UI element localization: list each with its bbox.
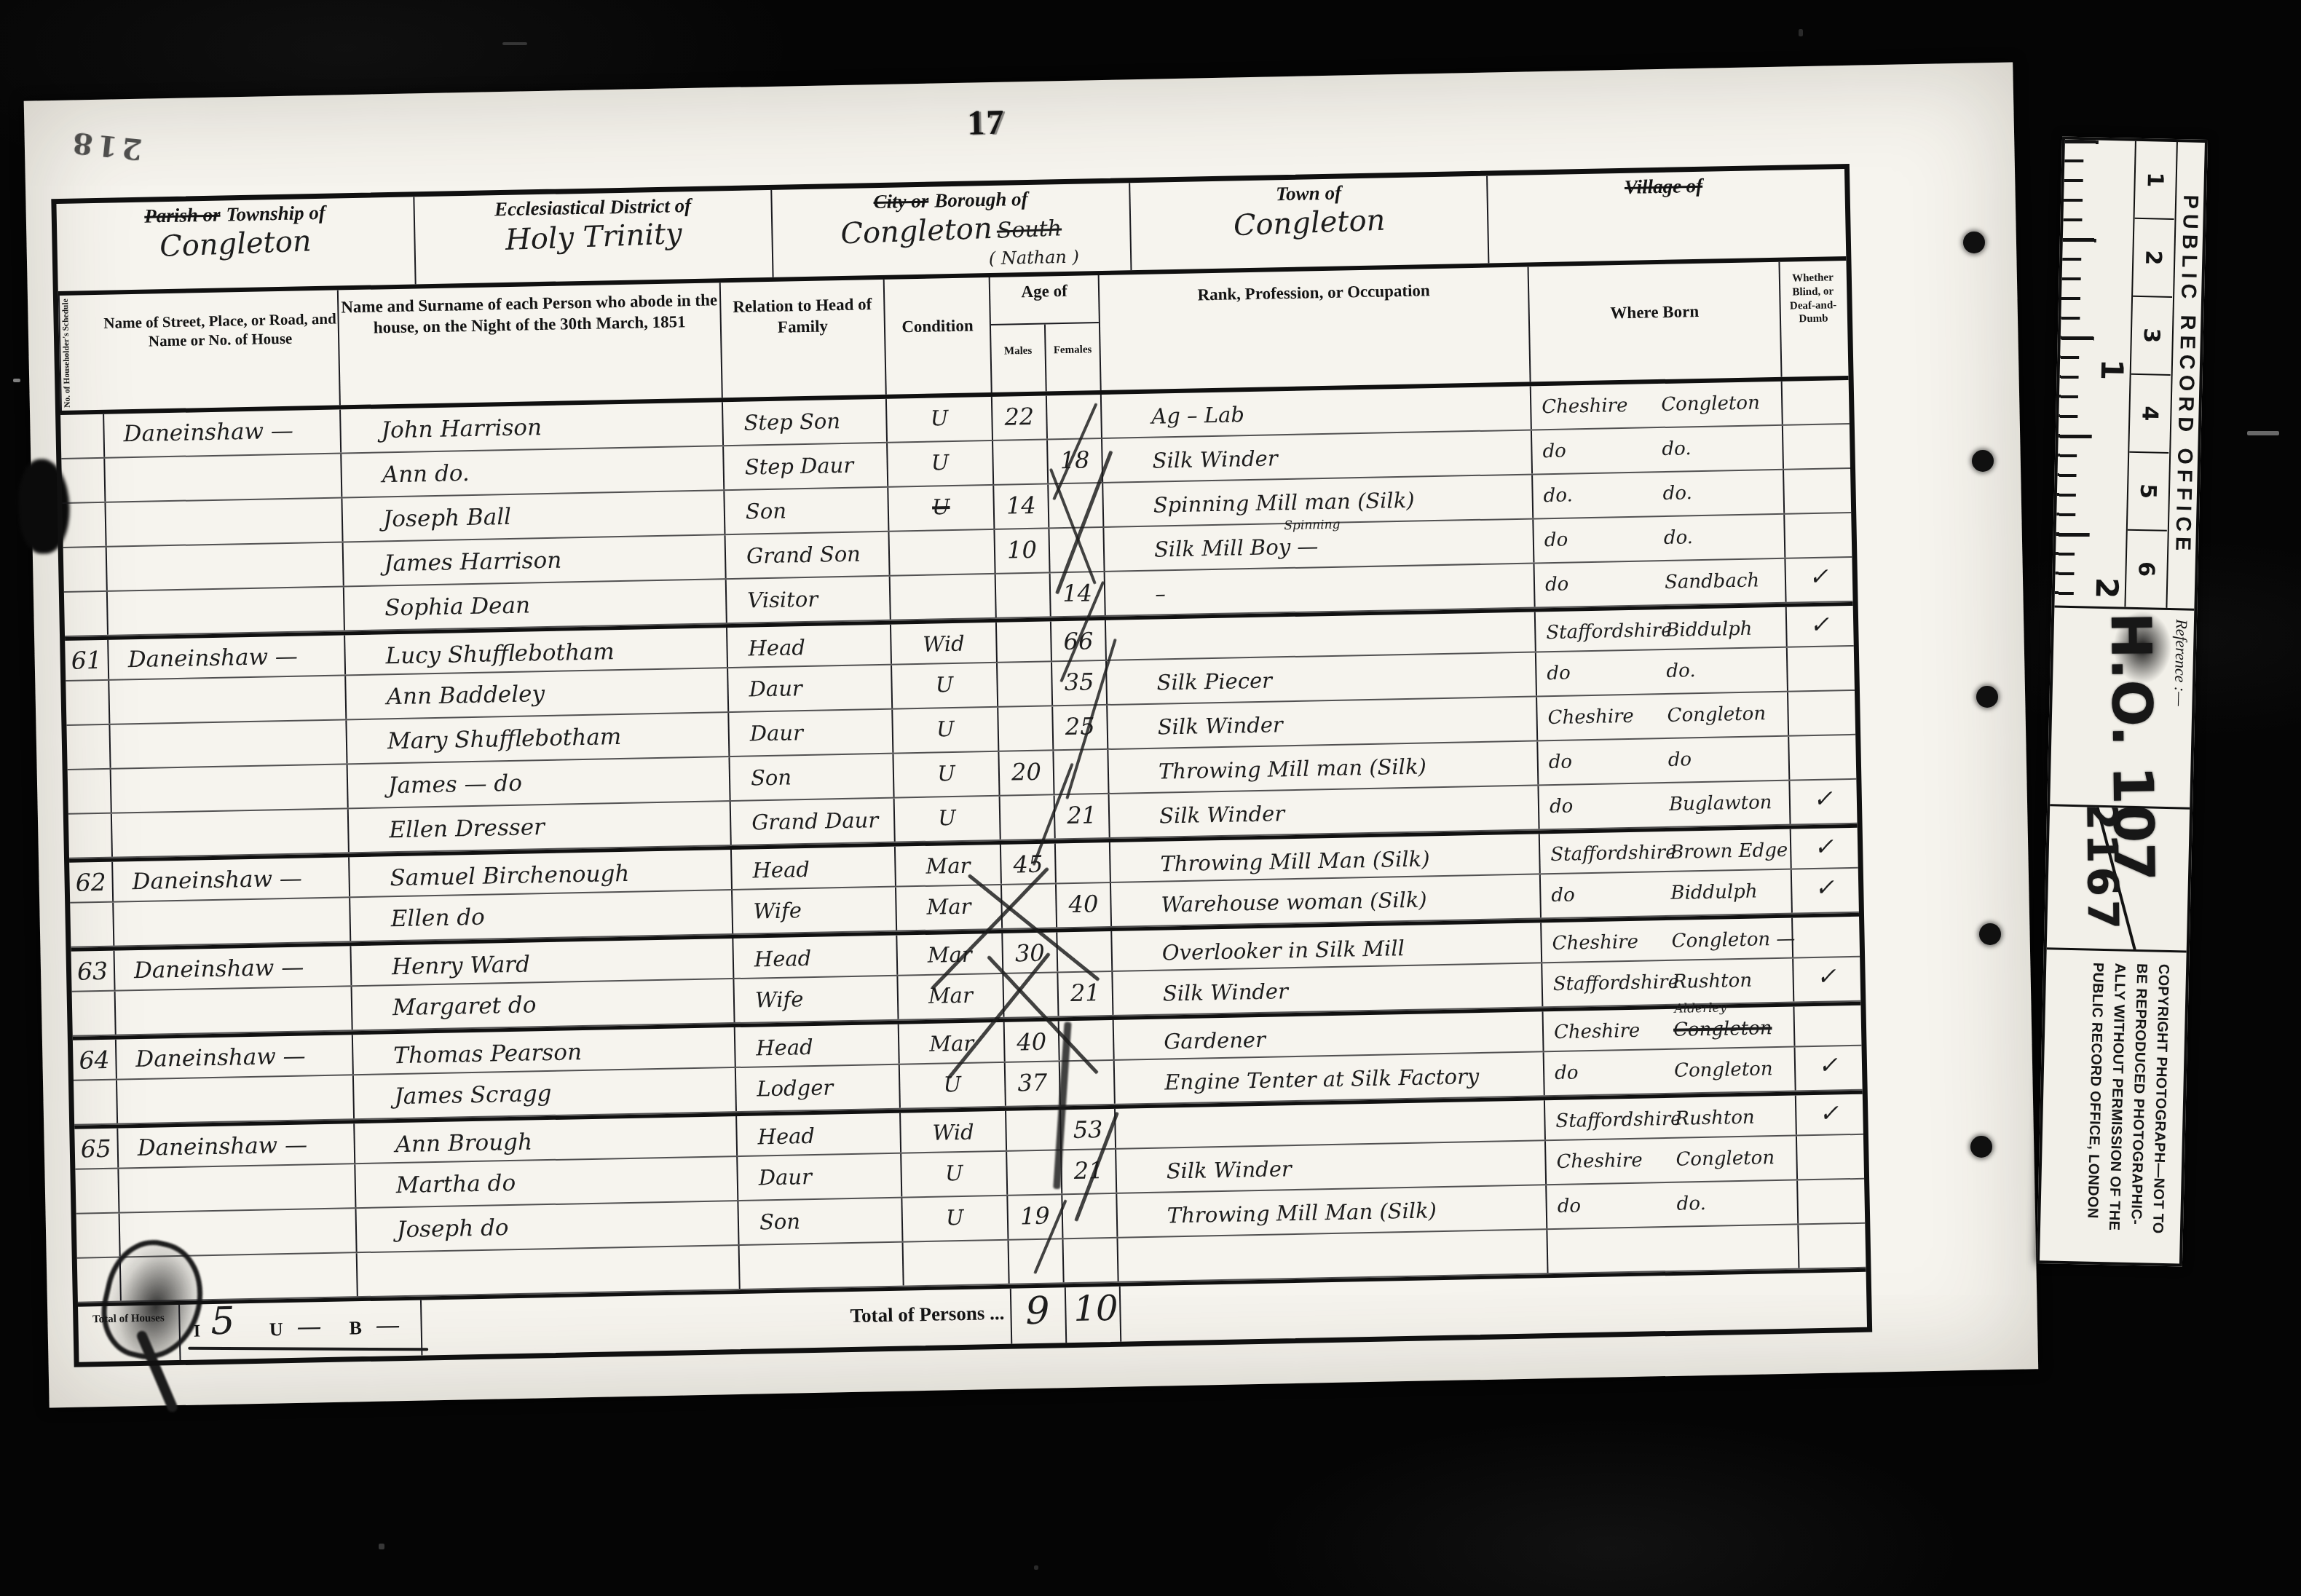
age-female: 53 <box>1061 1109 1116 1149</box>
infirm-tick: ✓ <box>1790 780 1855 824</box>
relation: Grand Son <box>726 532 891 578</box>
street-name <box>121 1253 358 1300</box>
occupation: Warehouse woman (Silk) <box>1111 874 1542 926</box>
schedule-no <box>68 770 112 813</box>
occupation: Overlooker in Silk Mill <box>1112 923 1542 971</box>
schedule-no <box>74 1081 118 1124</box>
condition: U <box>901 1152 1008 1197</box>
relation: Grand Daur <box>731 799 896 845</box>
street-name <box>105 454 342 501</box>
occupation: – <box>1105 564 1536 615</box>
person-name: James Harrison <box>344 535 727 585</box>
street-name <box>117 1075 355 1123</box>
infirm-tick <box>1785 513 1850 558</box>
relation: Wife <box>733 888 897 933</box>
age-female <box>1062 1194 1118 1238</box>
street-name: Daneinshaw — <box>117 1035 354 1078</box>
infirm-tick <box>1793 917 1858 957</box>
relation: Daur <box>738 1154 902 1200</box>
punch-hole <box>1970 1136 1992 1158</box>
relation: Son <box>725 488 889 534</box>
header-township: Parish orTownship of Congleton <box>56 197 416 291</box>
census-rows: Daneinshaw —John HarrisonStep SonU22Ag –… <box>60 380 1866 1303</box>
age-male: 22 <box>992 395 1048 439</box>
person-name: Joseph Ball <box>342 491 725 541</box>
person-name: James — do <box>348 757 731 807</box>
where-born: CheshireCongleton <box>1531 382 1783 430</box>
street-name <box>107 542 344 590</box>
copyright-section: COPYRIGHT PHOTOGRAPH—NOT TO BE REPRODUCE… <box>2040 947 2187 1263</box>
header-label: Town of <box>1276 182 1341 205</box>
uninhabited-label: U <box>269 1319 283 1340</box>
column-age: Age of Males Females <box>990 275 1102 392</box>
person-name: Sophia Dean <box>344 580 727 630</box>
schedule-no <box>75 1169 119 1213</box>
header-note: ( Nathan ) <box>988 247 1079 269</box>
condition: Wid <box>901 1111 1007 1153</box>
person-name: Ellen Dresser <box>349 802 732 852</box>
schedule-no <box>63 548 108 591</box>
header-value: Congleton <box>57 221 414 267</box>
occupation <box>1106 612 1536 660</box>
street-name: Daneinshaw — <box>113 857 350 901</box>
where-born: doBuglawton <box>1539 781 1791 829</box>
street-name <box>109 676 347 723</box>
occupation: Gardener <box>1114 1011 1544 1059</box>
houses-prefix: I <box>193 1322 200 1341</box>
age-male: 19 <box>1008 1195 1063 1239</box>
where-born: StaffordshireRushton <box>1545 1096 1797 1140</box>
where-born: dodo. <box>1534 515 1785 563</box>
page-number: 17 <box>967 103 1006 143</box>
ruler-number: 2 <box>2089 577 2126 598</box>
person-name: Lucy Shufflebotham <box>345 628 728 674</box>
where-born: CheshireCongleton <box>1537 692 1789 740</box>
column-born: Where Born <box>1529 262 1783 382</box>
ruler-number: 3 <box>2131 297 2172 376</box>
where-born: doCongleton <box>1544 1048 1796 1096</box>
occupation: Silk Winder <box>1102 430 1533 482</box>
film-speckle <box>1799 29 1803 36</box>
street-name <box>120 1209 358 1256</box>
street-name <box>119 1164 356 1212</box>
infirm-tick: ✓ <box>1787 606 1852 647</box>
where-born: CheshireCongletonAlderley <box>1544 1007 1796 1051</box>
flourish-line <box>188 1347 428 1351</box>
piece-number-box: 2167 <box>2047 804 2190 950</box>
where-born: StaffordshireRushton <box>1542 959 1794 1007</box>
condition: U <box>895 797 1001 842</box>
age-female <box>1056 842 1111 882</box>
where-born: doBiddulph <box>1541 870 1793 918</box>
occupation: Silk Winder <box>1110 786 1540 837</box>
piece-number-stamp: 2167 <box>2077 804 2128 933</box>
where-born: do.do. <box>1533 470 1785 518</box>
film-speckle <box>1034 1565 1038 1570</box>
street-name <box>108 587 345 634</box>
ruler-number: 4 <box>2129 375 2170 454</box>
person-name: Ellen do <box>350 890 733 941</box>
header-borough: City orBorough of CongletonSouth ( Natha… <box>772 183 1132 277</box>
street-name <box>114 898 351 945</box>
building-label: B <box>349 1317 362 1339</box>
condition: U <box>893 752 1000 797</box>
relation: Head <box>735 1024 900 1067</box>
struck-label: City or <box>873 190 928 213</box>
occupation: SpinningSilk Mill Boy — <box>1104 519 1534 571</box>
header-town: Town of Congleton <box>1130 176 1490 271</box>
street-name <box>112 809 350 856</box>
age-male <box>993 440 1049 483</box>
occupation: Silk Piecer <box>1107 652 1537 704</box>
age-male <box>997 621 1052 661</box>
age-female: 25 <box>1053 706 1108 749</box>
struck-label: Village of <box>1625 175 1703 198</box>
relation: Son <box>738 1198 903 1244</box>
condition <box>904 1241 1010 1286</box>
film-speckle <box>13 379 20 382</box>
ruler-number: 1 <box>2135 141 2176 220</box>
census-table: Parish orTownship of Congleton Ecclesias… <box>51 164 1872 1367</box>
age-male: 14 <box>994 484 1049 528</box>
females-label: Females <box>1046 323 1100 391</box>
film-speckle <box>379 1544 384 1549</box>
reference-label: Reference :— <box>2170 619 2191 706</box>
street-name <box>106 498 343 545</box>
where-born: dodo. <box>1536 648 1788 696</box>
relation: Son <box>730 754 894 800</box>
reference-section: Reference :— H.O. 107 2167 <box>2047 605 2195 950</box>
infirm-tick <box>1794 1006 1860 1046</box>
age-female <box>1064 1239 1119 1282</box>
occupation: Throwing Mill Man (Silk) <box>1110 834 1541 882</box>
street-name: Daneinshaw — <box>114 946 352 989</box>
infirm-tick: ✓ <box>1796 1094 1862 1135</box>
infirm-tick: ✓ <box>1796 1046 1861 1091</box>
age-male <box>998 662 1053 706</box>
schedule-no: 65 <box>74 1129 119 1169</box>
infirm-tick <box>1783 424 1849 469</box>
age-female <box>1047 395 1102 438</box>
infirm-tick <box>1797 1135 1863 1180</box>
where-born: dodo. <box>1532 426 1784 474</box>
schedule-no <box>66 681 110 724</box>
relation <box>740 1243 904 1289</box>
condition: Mar <box>896 845 1002 886</box>
infirm-tick: ✓ <box>1793 957 1859 1002</box>
street-name: Daneinshaw — <box>118 1123 355 1167</box>
schedule-no: 61 <box>65 640 109 680</box>
occupation: Throwing Mill man (Silk) <box>1108 741 1539 793</box>
age-male <box>996 573 1051 617</box>
age-female: 40 <box>1057 883 1112 927</box>
age-male <box>998 706 1054 750</box>
occupation: Silk Winder <box>1108 697 1538 748</box>
total-houses-label: Total of Houses <box>78 1305 181 1362</box>
pro-reference-card: PUBLIC RECORD OFFICE 1 2 3 4 5 6 1 2 Ref… <box>2037 136 2208 1266</box>
age-male: 20 <box>999 751 1054 794</box>
person-name: Thomas Pearson <box>353 1027 736 1074</box>
column-occupation: Rank, Profession, or Occupation <box>1100 267 1531 391</box>
schedule-no <box>70 903 114 947</box>
divider <box>420 1300 422 1356</box>
ruler-number: 1 <box>2093 359 2130 381</box>
relation: Daur <box>728 665 893 711</box>
age-male: 37 <box>1006 1062 1061 1105</box>
occupation: Engine Tenter at Silk Factory <box>1115 1052 1545 1104</box>
corner-annotation: 218 <box>67 125 144 167</box>
infirm-tick <box>1799 1224 1864 1268</box>
relation: Step Son <box>723 399 888 445</box>
occupation <box>1116 1100 1546 1148</box>
age-female: 21 <box>1055 794 1110 838</box>
schedule-no <box>76 1214 121 1257</box>
punch-hole <box>1979 923 2001 945</box>
where-born: doSandbach <box>1534 559 1786 607</box>
header-value: Congleton <box>1130 199 1488 246</box>
where-born: StaffordshireBrown Edge <box>1540 829 1792 874</box>
column-name: Name and Surname of each Person who abod… <box>339 283 723 405</box>
person-name: Mary Shufflebotham <box>347 713 730 763</box>
schedule-no: 64 <box>73 1040 117 1080</box>
person-name: Samuel Birchenough <box>350 850 733 896</box>
schedule-no <box>66 725 111 769</box>
condition: U <box>888 441 994 486</box>
age-male: 10 <box>995 529 1050 572</box>
total-females: 10 <box>1065 1288 1127 1330</box>
column-condition: Condition <box>885 277 992 395</box>
schedule-no: 62 <box>69 862 114 902</box>
where-born: CheshireCongleton — <box>1542 918 1793 963</box>
infirm-tick <box>1788 691 1854 735</box>
schedule-no: 63 <box>71 951 116 991</box>
occupation: Ag – Lab <box>1102 386 1532 438</box>
age-of-label: Age of <box>990 281 1098 302</box>
person-name: Ann Brough <box>355 1116 738 1163</box>
struck-value: South <box>996 216 1062 243</box>
reference-box: Reference :— H.O. 107 <box>2050 607 2194 807</box>
condition <box>889 530 995 575</box>
condition: U <box>892 663 998 708</box>
film-speckle <box>502 42 527 45</box>
condition: U <box>888 486 995 531</box>
infirm-tick <box>1783 380 1848 424</box>
uninhabited-value: — <box>296 1312 322 1342</box>
column-infirm: Whether Blind, or Deaf-and-Dumb <box>1780 261 1847 377</box>
header-label: Township of <box>226 202 325 226</box>
relation: Head <box>737 1113 901 1155</box>
street-name: Daneinshaw — <box>104 409 342 457</box>
street-name <box>111 765 349 812</box>
person-name: James Scragg <box>354 1068 737 1118</box>
condition: Mar <box>898 974 1004 1019</box>
condition: U <box>902 1196 1009 1241</box>
age-male: 45 <box>1001 843 1057 883</box>
infirm-tick <box>1798 1180 1863 1224</box>
relation: Head <box>732 847 896 889</box>
punch-hole <box>1976 686 1998 708</box>
header-value: Holy Trinity <box>414 214 772 261</box>
age-male <box>1009 1239 1065 1283</box>
header-label: Ecclesiastical District of <box>494 194 692 220</box>
occupation: Throwing Mill Man (Silk) <box>1117 1185 1547 1237</box>
age-female: 35 <box>1052 661 1108 705</box>
where-born: StaffordshireBiddulph <box>1536 607 1788 652</box>
where-born: CheshireCongleton <box>1546 1137 1798 1185</box>
person-name: Ann do. <box>342 446 725 497</box>
building-value: — <box>375 1311 400 1340</box>
infirm-tick <box>1788 647 1853 691</box>
infirm-tick <box>1784 469 1850 513</box>
infirm-tick: ✓ <box>1792 869 1858 913</box>
where-born: dodo. <box>1547 1181 1799 1229</box>
column-schedule: No. of Householder's Schedule <box>58 295 104 411</box>
header-village: Village of <box>1488 169 1846 264</box>
relation: Head <box>727 625 892 667</box>
struck-label: Parish or <box>144 204 221 227</box>
total-males: 9 <box>1010 1289 1065 1333</box>
occupation: Silk Winder <box>1113 963 1543 1015</box>
street-name <box>116 987 353 1034</box>
ruler-number: 5 <box>2128 453 2168 532</box>
person-name: Henry Ward <box>351 939 734 985</box>
ruler-number: 2 <box>2133 219 2174 298</box>
infirm-tick <box>1789 735 1855 780</box>
condition <box>891 574 997 620</box>
condition: Wid <box>891 623 998 664</box>
schedule-no <box>77 1258 122 1302</box>
punch-hole <box>1963 232 1985 253</box>
ruler-section: PUBLIC RECORD OFFICE 1 2 3 4 5 6 1 2 <box>2054 140 2204 609</box>
inserted-word: Spinning <box>1284 518 1341 534</box>
film-speckle <box>2247 431 2279 435</box>
census-page: 17 218 Parish orTownship of Congleton Ec… <box>24 62 2039 1407</box>
person-name: Joseph do <box>356 1201 739 1252</box>
age-female: 21 <box>1058 972 1113 1016</box>
person-name <box>358 1246 741 1296</box>
schedule-no <box>61 459 106 502</box>
schedule-no <box>64 592 108 636</box>
column-street: Name of Street, Place, or Road, and Name… <box>102 290 341 409</box>
relation: Head <box>733 936 898 978</box>
infirm-tick: ✓ <box>1791 828 1857 869</box>
schedule-no <box>72 992 117 1035</box>
person-name: Margaret do <box>352 979 735 1030</box>
schedule-no <box>68 814 113 858</box>
relation: Visitor <box>727 577 891 623</box>
ruler-number: 6 <box>2126 531 2166 608</box>
where-born <box>1547 1225 1799 1273</box>
header-ecclesiastical-district: Ecclesiastical District of Holy Trinity <box>414 190 774 285</box>
inserted-word: Alderley <box>1674 1000 1726 1016</box>
relation: Daur <box>729 710 893 756</box>
schedule-no <box>62 503 106 547</box>
street-name <box>110 720 347 767</box>
relation: Wife <box>734 976 899 1022</box>
total-houses-value: 5 <box>210 1300 235 1344</box>
schedule-no <box>60 414 105 458</box>
occupation <box>1118 1230 1548 1281</box>
person-name: Martha do <box>355 1157 738 1207</box>
condition: U <box>893 708 999 753</box>
occupation: Silk Winder <box>1116 1141 1547 1193</box>
relation: Step Daur <box>724 443 888 489</box>
condition: U <box>887 397 993 442</box>
infirm-tick: ✓ <box>1785 558 1851 602</box>
person-name: John Harrison <box>341 402 724 452</box>
where-born: dodo <box>1538 737 1790 785</box>
header-label: Borough of <box>934 188 1028 212</box>
punch-hole <box>1972 450 1994 472</box>
column-relation: Relation to Head of Family <box>721 280 887 398</box>
age-male <box>1006 1110 1062 1150</box>
males-label: Males <box>991 325 1047 392</box>
person-name: Ann Baddeley <box>346 668 729 719</box>
relation: Lodger <box>736 1065 901 1111</box>
street-name: Daneinshaw — <box>108 635 346 679</box>
total-persons-label: Total of Persons ... <box>719 1302 1005 1330</box>
